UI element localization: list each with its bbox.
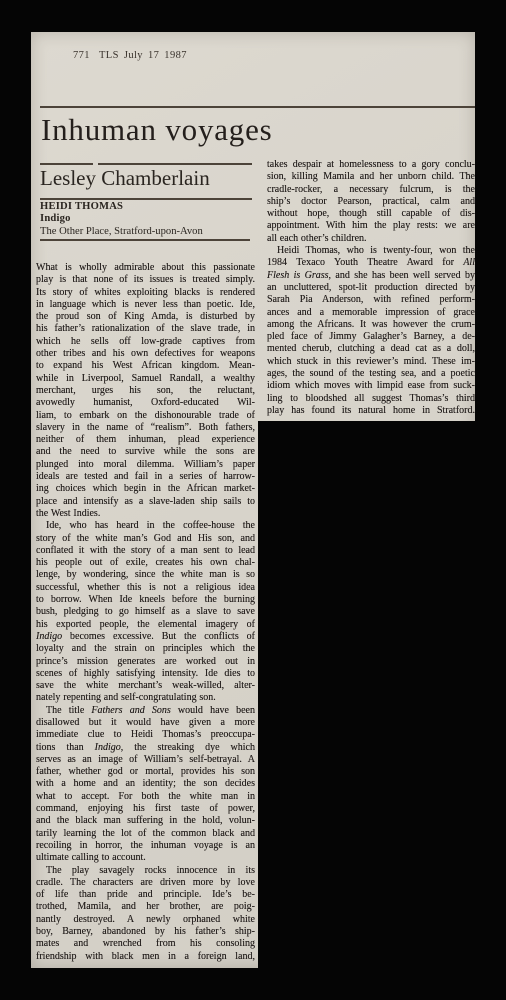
text-line: his father’s rationalization of the slav… xyxy=(36,323,255,335)
text-line: what to accept. For both the white man i… xyxy=(36,791,255,803)
text-line: merchant, urges his son, the reluctant, xyxy=(36,385,255,397)
text-line: the proud son of King Amda, is disturbed… xyxy=(36,311,255,323)
text-line: ling to bloodshed all suggest Thomas’s t… xyxy=(267,393,475,405)
newspaper-clipping-scan: 771TLS July 17 1987 Inhuman voyages Lesl… xyxy=(0,0,506,1000)
text-line: the West Indies. xyxy=(36,508,255,520)
text-line: all each other’s children. xyxy=(267,233,475,245)
text-line: plunged into moral dilemma. William’s pa… xyxy=(36,459,255,471)
text-line: play is that none of its issues is treat… xyxy=(36,274,255,286)
text-line: lenge, by wondering, since the white man… xyxy=(36,569,255,581)
play-title: Indigo xyxy=(40,213,203,225)
text-line: among the Africans. It was however the c… xyxy=(267,319,475,331)
text-line: loyalty and the strain on principles whi… xyxy=(36,643,255,655)
text-line: What is wholly admirable about this pass… xyxy=(36,262,255,274)
text-line: neither of them inhuman, plead experienc… xyxy=(36,434,255,446)
text-line: cradle. The characters are driven more b… xyxy=(36,877,255,889)
reviewer-byline: Lesley Chamberlain xyxy=(40,166,210,191)
text-line: boy, Barney, abandoned by his father’s s… xyxy=(36,926,255,938)
text-line: 1984 Texaco Youth Theatre Award for All xyxy=(267,257,475,269)
playwright-name: HEIDI THOMAS xyxy=(40,201,203,213)
rule-under-byline xyxy=(40,198,252,200)
text-line: story of the white man’s God and His son… xyxy=(36,533,255,545)
text-line: appointment. With him the play rests: we… xyxy=(267,220,475,232)
text-line: scenes of highly satisfying intensity. I… xyxy=(36,668,255,680)
page-number: 771 xyxy=(73,50,90,61)
article-title: Inhuman voyages xyxy=(41,112,273,148)
text-line: in language which is never less than poe… xyxy=(36,299,255,311)
text-line: which he sells off low-grade captives fr… xyxy=(36,336,255,348)
text-line: slavery in the name of “realism”. Both f… xyxy=(36,422,255,434)
rule-byline-left xyxy=(40,163,93,165)
text-line: of life than pride and principle. Ide’s … xyxy=(36,889,255,901)
text-line: which stuck in this reviewer’s mind. The… xyxy=(267,356,475,368)
text-line: cradle-rocker, a necessary fulcrum, is t… xyxy=(267,184,475,196)
rule-under-credit xyxy=(40,239,250,241)
masthead: 771TLS July 17 1987 xyxy=(73,50,187,61)
text-line: bush, pledging to go himself as a slave … xyxy=(36,606,255,618)
text-line: nately repenting and self-congratulating… xyxy=(36,692,255,704)
venue: The Other Place, Stratford-upon-Avon xyxy=(40,226,203,238)
text-line: mented cherub, clutching a dead cat as a… xyxy=(267,343,475,355)
text-line: ship’s doctor Pearson, practical, calm a… xyxy=(267,196,475,208)
text-line: immediate clue to Heidi Thomas’s preoccu… xyxy=(36,729,255,741)
text-line: pled face of Jimmy Galagher’s Barney, a … xyxy=(267,331,475,343)
rule-byline-right xyxy=(98,163,252,165)
text-line: The play savagely rocks innocence in its xyxy=(36,865,255,877)
text-line: liam, to embark on the dishonourable tra… xyxy=(36,410,255,422)
text-line: trothed, Mamila, and her brother, are po… xyxy=(36,901,255,913)
text-line: ultimate calling to account. xyxy=(36,852,255,864)
text-line: his people out of exile, creates his own… xyxy=(36,557,255,569)
text-line: while in Liverpool, Samuel Randall, a we… xyxy=(36,373,255,385)
text-line: to expand his West African kingdom. Mean… xyxy=(36,360,255,372)
text-line: other tribes and his own defectives for … xyxy=(36,348,255,360)
text-line: save the white merchant’s weak-willed, a… xyxy=(36,680,255,692)
text-line: father, whether god or mortal, provides … xyxy=(36,766,255,778)
text-line: Heidi Thomas, who is twenty-four, won th… xyxy=(267,245,475,257)
text-line: successful, whether this is not a religi… xyxy=(36,582,255,594)
text-line: play has found its natural home in Strat… xyxy=(267,405,475,417)
text-line: and the black man suffering in the hold,… xyxy=(36,815,255,827)
text-line: an uncluttered, spot-lit production dire… xyxy=(267,282,475,294)
text-line: disallowed but it would have given a mor… xyxy=(36,717,255,729)
text-line: and the need to survive while the sons a… xyxy=(36,446,255,458)
text-line: Its story of whites exploiting blacks is… xyxy=(36,287,255,299)
text-line: his exported people, the elemental image… xyxy=(36,619,255,631)
text-line: prince’s mission generates are worked ou… xyxy=(36,656,255,668)
article-column-right: takes despair at homelessness to a gory … xyxy=(267,159,475,421)
text-line: nantly destroyed. A newly orphaned white xyxy=(36,914,255,926)
article-column-left: What is wholly admirable about this pass… xyxy=(36,262,255,966)
text-line: place and intensify as a slave-laden shi… xyxy=(36,496,255,508)
text-line: to borrow. When Ide kneels before the bu… xyxy=(36,594,255,606)
text-line: conflated it with the story of a man sen… xyxy=(36,545,255,557)
text-line: tarily learning the lot of the common bl… xyxy=(36,828,255,840)
text-line: The title Fathers and Sons would have be… xyxy=(36,705,255,717)
text-line: idiom which moves with limpid ease from … xyxy=(267,380,475,392)
text-line: sion, killing Mamila and her unborn chil… xyxy=(267,171,475,183)
text-line: command, enjoying his first taste of pow… xyxy=(36,803,255,815)
text-line: with a home and an identity; the son dec… xyxy=(36,778,255,790)
text-line: ances and a memorable impression of grac… xyxy=(267,307,475,319)
issue-date: TLS July 17 1987 xyxy=(99,50,187,61)
text-line: Indigo becomes excessive. But the confli… xyxy=(36,631,255,643)
text-line: without hope, though still capable of di… xyxy=(267,208,475,220)
text-line: friendship with black men in a foreign l… xyxy=(36,951,255,963)
text-line: takes despair at homelessness to a gory … xyxy=(267,159,475,171)
text-line: serves as an image of William’s self-bet… xyxy=(36,754,255,766)
text-line: Flesh is Grass, and she has been well se… xyxy=(267,270,475,282)
text-line: Sarah Pia Anderson, with refined perform… xyxy=(267,294,475,306)
text-line: ages, the sound of the testing sea, and … xyxy=(267,368,475,380)
text-line: Ide, who has heard in the coffee-house t… xyxy=(36,520,255,532)
production-credit: HEIDI THOMAS Indigo The Other Place, Str… xyxy=(40,201,203,238)
text-line: recoiling in horror, the inhuman voyage … xyxy=(36,840,255,852)
rule-top xyxy=(40,106,475,108)
text-line: mates and wrenched from his consoling xyxy=(36,938,255,950)
text-line: ing choices which begin in the African m… xyxy=(36,483,255,495)
text-line: tions than Indigo, the streaking dye whi… xyxy=(36,742,255,754)
text-line: avowedly humanist, Oxford-educated Wil- xyxy=(36,397,255,409)
text-line: ideals are tested and fail in a series o… xyxy=(36,471,255,483)
